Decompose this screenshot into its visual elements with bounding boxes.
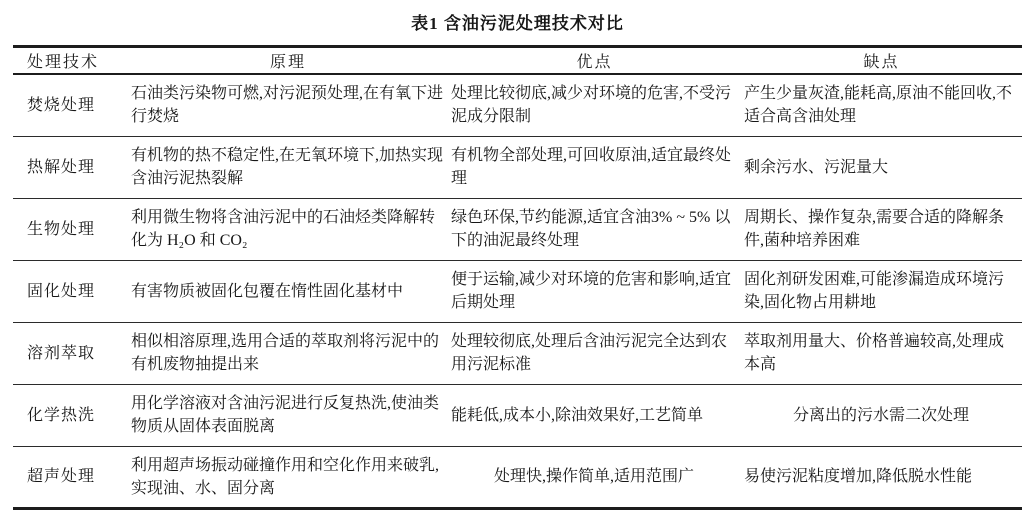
cell-advantage: 有机物全部处理,可回收原油,适宜最终处理 <box>448 136 741 198</box>
cell-principle: 用化学溶液对含油污泥进行反复热洗,使油类物质从固体表面脱离 <box>128 384 448 446</box>
cell-principle: 相似相溶原理,选用合适的萃取剂将污泥中的有机废物抽提出来 <box>128 322 448 384</box>
column-header-tech: 处理技术 <box>13 47 128 75</box>
cell-principle: 石油类污染物可燃,对污泥预处理,在有氧下进行焚烧 <box>128 74 448 136</box>
column-header-advantage: 优点 <box>448 47 741 75</box>
cell-tech: 焚烧处理 <box>13 74 128 136</box>
cell-principle: 有害物质被固化包覆在惰性固化基材中 <box>128 260 448 322</box>
cell-advantage: 处理比较彻底,减少对环境的危害,不受污泥成分限制 <box>448 74 741 136</box>
cell-advantage: 处理快,操作简单,适用范围广 <box>448 446 741 508</box>
cell-principle: 有机物的热不稳定性,在无氧环境下,加热实现含油污泥热裂解 <box>128 136 448 198</box>
cell-advantage: 能耗低,成本小,除油效果好,工艺简单 <box>448 384 741 446</box>
comparison-table: 处理技术 原理 优点 缺点 焚烧处理 石油类污染物可燃,对污泥预处理,在有氧下进… <box>13 45 1022 510</box>
column-header-principle: 原理 <box>128 47 448 75</box>
header-row: 处理技术 原理 优点 缺点 <box>13 47 1022 75</box>
cell-advantage: 处理较彻底,处理后含油污泥完全达到农用污泥标准 <box>448 322 741 384</box>
cell-tech: 超声处理 <box>13 446 128 508</box>
cell-disadvantage: 产生少量灰渣,能耗高,原油不能回收,不适合高含油处理 <box>741 74 1022 136</box>
cell-tech: 固化处理 <box>13 260 128 322</box>
cell-tech: 热解处理 <box>13 136 128 198</box>
table-row: 焚烧处理 石油类污染物可燃,对污泥预处理,在有氧下进行焚烧 处理比较彻底,减少对… <box>13 74 1022 136</box>
cell-advantage: 绿色环保,节约能源,适宜含油3% ~ 5% 以下的油泥最终处理 <box>448 198 741 260</box>
cell-principle: 利用微生物将含油污泥中的石油烃类降解转化为 H₂O 和 CO₂ <box>128 198 448 260</box>
table-caption: 表1 含油污泥处理技术对比 <box>0 0 1035 34</box>
cell-disadvantage: 易使污泥粘度增加,降低脱水性能 <box>741 446 1022 508</box>
table-row: 固化处理 有害物质被固化包覆在惰性固化基材中 便于运输,减少对环境的危害和影响,… <box>13 260 1022 322</box>
cell-principle: 利用超声场振动碰撞作用和空化作用来破乳,实现油、水、固分离 <box>128 446 448 508</box>
cell-disadvantage: 剩余污水、污泥量大 <box>741 136 1022 198</box>
table-row: 超声处理 利用超声场振动碰撞作用和空化作用来破乳,实现油、水、固分离 处理快,操… <box>13 446 1022 508</box>
table-row: 生物处理 利用微生物将含油污泥中的石油烃类降解转化为 H₂O 和 CO₂ 绿色环… <box>13 198 1022 260</box>
cell-advantage: 便于运输,减少对环境的危害和影响,适宜后期处理 <box>448 260 741 322</box>
cell-tech: 化学热洗 <box>13 384 128 446</box>
table-row: 溶剂萃取 相似相溶原理,选用合适的萃取剂将污泥中的有机废物抽提出来 处理较彻底,… <box>13 322 1022 384</box>
cell-tech: 溶剂萃取 <box>13 322 128 384</box>
cell-disadvantage: 周期长、操作复杂,需要合适的降解条件,菌种培养困难 <box>741 198 1022 260</box>
column-header-disadvantage: 缺点 <box>741 47 1022 75</box>
cell-disadvantage: 萃取剂用量大、价格普遍较高,处理成本高 <box>741 322 1022 384</box>
cell-tech: 生物处理 <box>13 198 128 260</box>
table-row: 热解处理 有机物的热不稳定性,在无氧环境下,加热实现含油污泥热裂解 有机物全部处… <box>13 136 1022 198</box>
table-row: 化学热洗 用化学溶液对含油污泥进行反复热洗,使油类物质从固体表面脱离 能耗低,成… <box>13 384 1022 446</box>
cell-disadvantage: 固化剂研发困难,可能渗漏造成环境污染,固化物占用耕地 <box>741 260 1022 322</box>
cell-disadvantage: 分离出的污水需二次处理 <box>741 384 1022 446</box>
